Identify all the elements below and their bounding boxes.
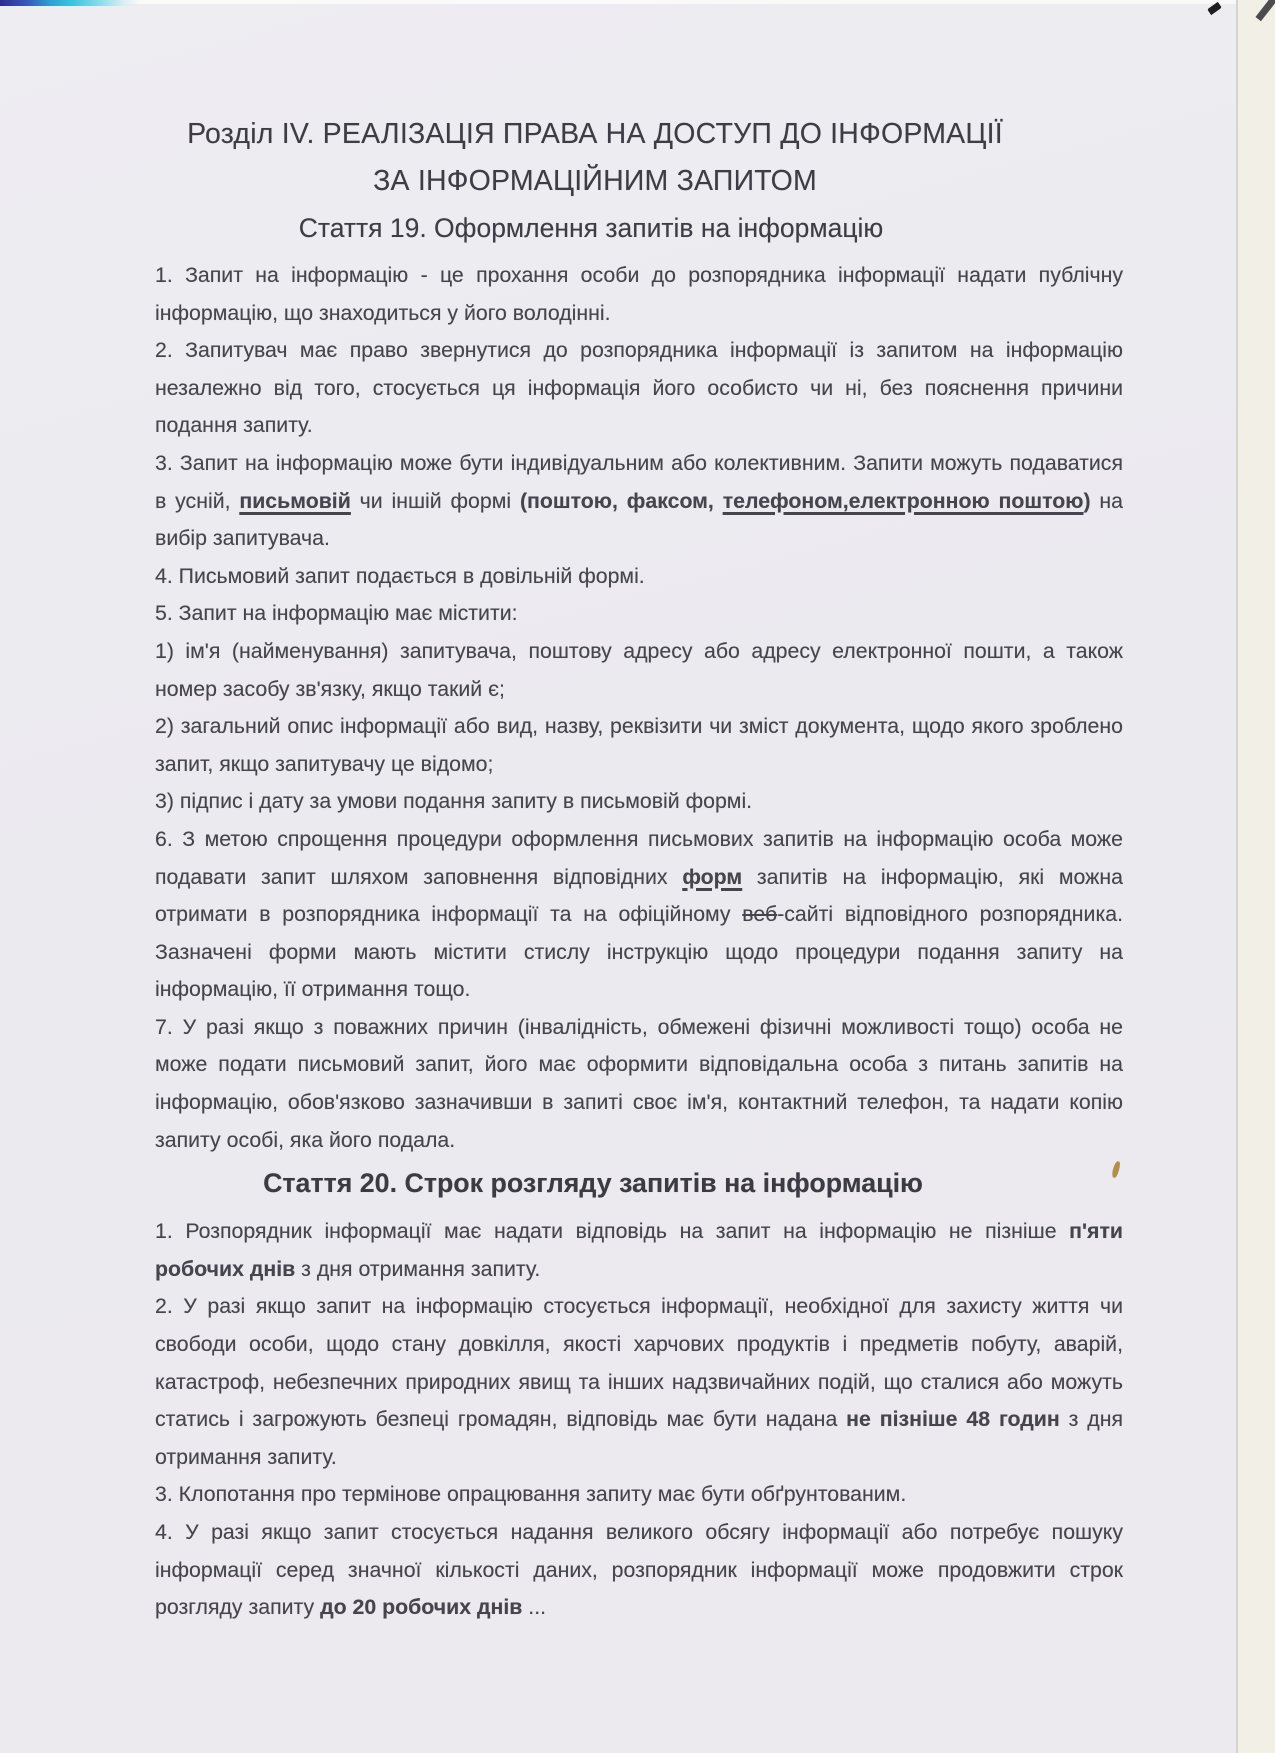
a19-subitem-1: 1) ім'я (найменування) запитувача, пошто… <box>155 633 1123 708</box>
text-run: 4. Письмовий запит подається в довільній… <box>155 564 645 588</box>
text-run: 4. У разі якщо запит стосується надання … <box>155 1520 1123 1619</box>
scan-gradient-artifact <box>0 0 140 6</box>
text-run: 1. Розпорядник інформації має надати від… <box>155 1219 1069 1243</box>
document-content: Розділ IV. РЕАЛІЗАЦІЯ ПРАВА НА ДОСТУП ДО… <box>155 0 1123 1627</box>
text-run: з дня отримання запиту. <box>295 1257 540 1281</box>
a19-paragraph-1: 1. Запит на інформацію - це прохання осо… <box>155 257 1123 332</box>
text-run: 5. Запит на інформацію має містити: <box>155 601 518 625</box>
text-run-bold-underline: телефоном,електронною поштою <box>723 489 1084 513</box>
text-run: чи іншій формі <box>351 489 520 513</box>
scanned-document-page: { "page": { "title_line1": "Розділ IV. Р… <box>0 0 1275 1753</box>
text-run-bold: до 20 робочих днів <box>320 1595 522 1619</box>
text-run-strikethrough: веб <box>742 902 777 926</box>
text-run: 1) ім'я (найменування) запитувача, пошто… <box>155 639 1123 701</box>
text-run-bold: ) <box>1083 489 1090 513</box>
a19-paragraph-4: 4. Письмовий запит подається в довільній… <box>155 558 1123 596</box>
title-line-1: Розділ IV. РЕАЛІЗАЦІЯ ПРАВА НА ДОСТУП ДО… <box>155 111 1035 158</box>
text-run: ... <box>522 1595 546 1619</box>
corner-mark-top-right <box>1255 0 1275 21</box>
a19-paragraph-7: 7. У разі якщо з поважних причин (інвалі… <box>155 1009 1123 1159</box>
text-run-bold-underline: форм <box>682 865 742 889</box>
a20-paragraph-1: 1. Розпорядник інформації має надати від… <box>155 1213 1123 1288</box>
text-run: 3. Клопотання про термінове опрацювання … <box>155 1482 906 1506</box>
a20-paragraph-2: 2. У разі якщо запит на інформацію стосу… <box>155 1288 1123 1476</box>
text-run-bold: не пізніше 48 годин <box>846 1407 1060 1431</box>
a19-subitem-2: 2) загальний опис інформації або вид, на… <box>155 708 1123 783</box>
article-20-heading: Стаття 20. Строк розгляду запитів на інф… <box>155 1159 1123 1207</box>
title-line-2: ЗА ІНФОРМАЦІЙНИМ ЗАПИТОМ <box>155 158 1035 205</box>
a20-paragraph-4: 4. У разі якщо запит стосується надання … <box>155 1514 1123 1627</box>
a19-subitem-3: 3) підпис і дату за умови подання запиту… <box>155 783 1123 821</box>
article-19-heading: Стаття 19. Оформлення запитів на інформа… <box>155 206 1123 251</box>
text-run: 3) підпис і дату за умови подання запиту… <box>155 789 752 813</box>
article-20-body: 1. Розпорядник інформації має надати від… <box>155 1213 1123 1627</box>
article-19-body: 1. Запит на інформацію - це прохання осо… <box>155 257 1123 1159</box>
text-run: 7. У разі якщо з поважних причин (інвалі… <box>155 1015 1123 1152</box>
a19-paragraph-6: 6. З метою спрощення процедури оформленн… <box>155 821 1123 1009</box>
a19-paragraph-2: 2. Запитувач має право звернутися до роз… <box>155 332 1123 445</box>
text-run: 2) загальний опис інформації або вид, на… <box>155 714 1123 776</box>
a19-paragraph-3: 3. Запит на інформацію може бути індивід… <box>155 445 1123 558</box>
text-run: 1. Запит на інформацію - це прохання осо… <box>155 263 1123 325</box>
document-title: Розділ IV. РЕАЛІЗАЦІЯ ПРАВА НА ДОСТУП ДО… <box>155 111 1123 205</box>
a20-paragraph-3: 3. Клопотання про термінове опрацювання … <box>155 1476 1123 1514</box>
text-run: 2. Запитувач має право звернутися до роз… <box>155 338 1123 437</box>
a19-paragraph-5: 5. Запит на інформацію має містити: <box>155 595 1123 633</box>
text-run-bold-underline: письмовій <box>239 489 350 513</box>
text-run-bold: (поштою, факсом, <box>520 489 723 513</box>
